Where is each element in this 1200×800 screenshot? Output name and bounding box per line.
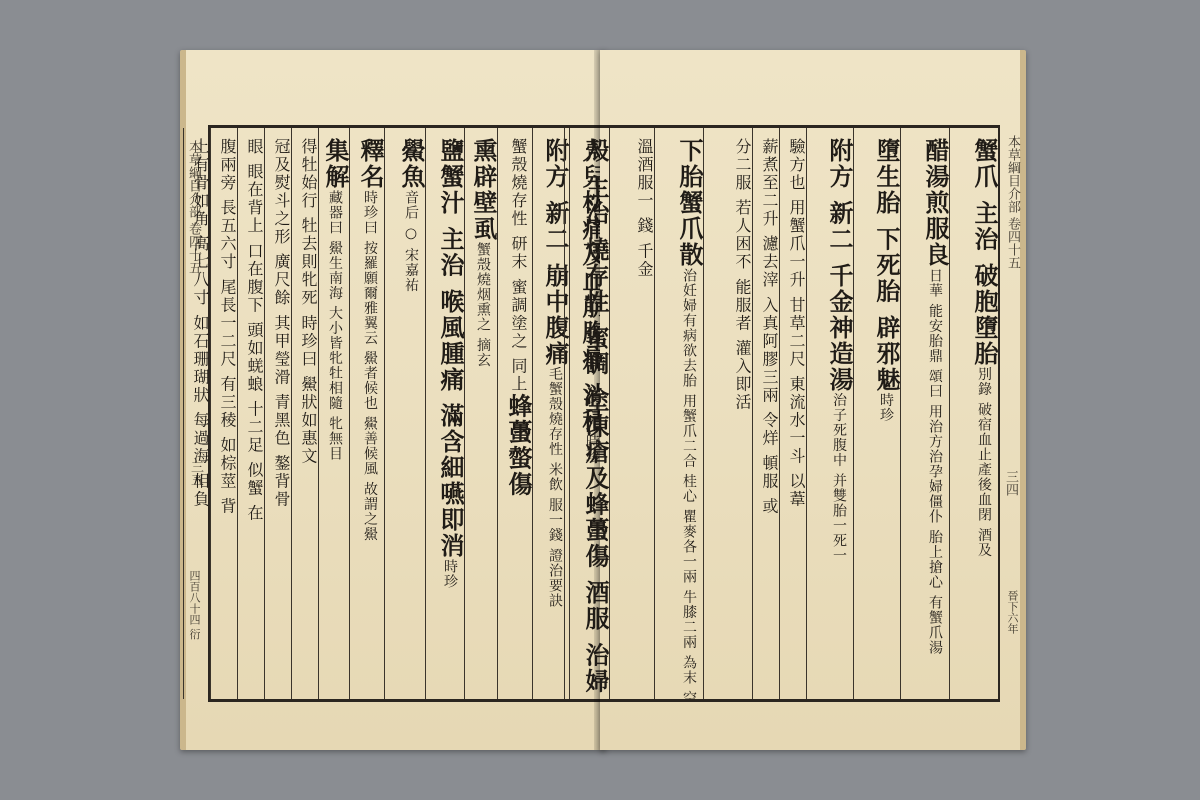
text-column: 分二服 若人困不 能服者 灌入即活: [703, 128, 752, 699]
text-column: 溫酒服一 錢 千金: [609, 128, 654, 699]
text-column: 冠及熨斗之形 廣尺餘 其甲瑩滑 青黑色 鏊背骨: [264, 128, 291, 699]
text-column: 腹兩旁 長五六寸 尾長一二尺 有三稜 如棕莖 背: [210, 128, 237, 699]
text-column: 鹽蟹汁 主治 喉風腫痛 滿含細嚥即消時珍: [425, 128, 464, 699]
open-book: 本草綱目介部 卷四十五 三五 四百八十四 衍 人兒枕痛及血崩腹痛 消積時珍 附方…: [180, 50, 1020, 750]
text-column: 集解藏器曰 鱟生南海 大小皆牝牡相隨 牝無目: [318, 128, 349, 699]
right-margin-footer: 晉下六年: [1004, 590, 1020, 634]
text-column: 醋湯煎服良日華 能安胎鼎 頌曰 用治方治孕婦僵仆 胎上搶心 有蟹爪湯: [900, 128, 949, 699]
text-column: 上有骨如角 高七八寸 如石珊瑚狀 每過海 相負: [183, 128, 210, 699]
text-column: 殼 主治 燒存性 蜜調 塗凍瘡及蜂蠆傷 酒服 治婦: [564, 128, 609, 699]
text-column: 蟹殼燒存性 研末 蜜調塗之 同上蜂蠆螫傷: [497, 128, 532, 699]
text-column: 鱟魚音后 ○ 宋嘉祐: [384, 128, 425, 699]
text-column: 得牡始行 牡去則牝死 時珍曰 鱟狀如惠文: [291, 128, 318, 699]
text-column: 下胎蟹爪散治妊婦有病欲去胎 用蟹爪二合 桂心 瞿麥各一兩 牛膝二兩 為末 空心: [654, 128, 703, 699]
left-page: 本草綱目介部 卷四十五 三五 四百八十四 衍 人兒枕痛及血崩腹痛 消積時珍 附方…: [180, 50, 606, 750]
text-column: 薪煮至二升 濾去滓 入真阿膠三兩 令烊 頓服 或: [752, 128, 779, 699]
left-text-frame: 人兒枕痛及血崩腹痛 消積時珍 附方 新二 崩中腹痛毛蟹殼燒存性 米飲 服一錢 證…: [208, 125, 606, 702]
right-text-frame: 蟹爪 主治 破胞墮胎別錄 破宿血止產後血閉 酒及 醋湯煎服良日華 能安胎鼎 頌曰…: [600, 125, 1000, 702]
text-column: 熏辟壁虱蟹殼燒烟熏之 摘玄: [464, 128, 497, 699]
right-page: 本草綱目介部 卷四十五 三四 晉下六年 蟹爪 主治 破胞墮胎別錄 破宿血止產後血…: [600, 50, 1026, 750]
right-margin-title: 本草綱目介部 卷四十五: [1003, 135, 1022, 269]
text-column: 蟹爪 主治 破胞墮胎別錄 破宿血止產後血閉 酒及: [949, 128, 998, 699]
right-margin-page: 三四: [1001, 470, 1020, 496]
text-column: 附方 新二 千金神造湯治子死腹中 并雙胎一死一: [806, 128, 853, 699]
text-column: 眼 眼在背上 口在腹下 頭如蜣蜋 十二足 似蟹 在: [237, 128, 264, 699]
text-column: 驗方也 用蟹爪一升 甘草二尺 東流水一斗 以葦: [779, 128, 806, 699]
text-column: 釋名時珍曰 按羅願爾雅翼云 鱟者候也 鱟善候風 故謂之鱟: [349, 128, 384, 699]
text-column: 墮生胎 下死胎 辟邪魅時珍: [853, 128, 900, 699]
